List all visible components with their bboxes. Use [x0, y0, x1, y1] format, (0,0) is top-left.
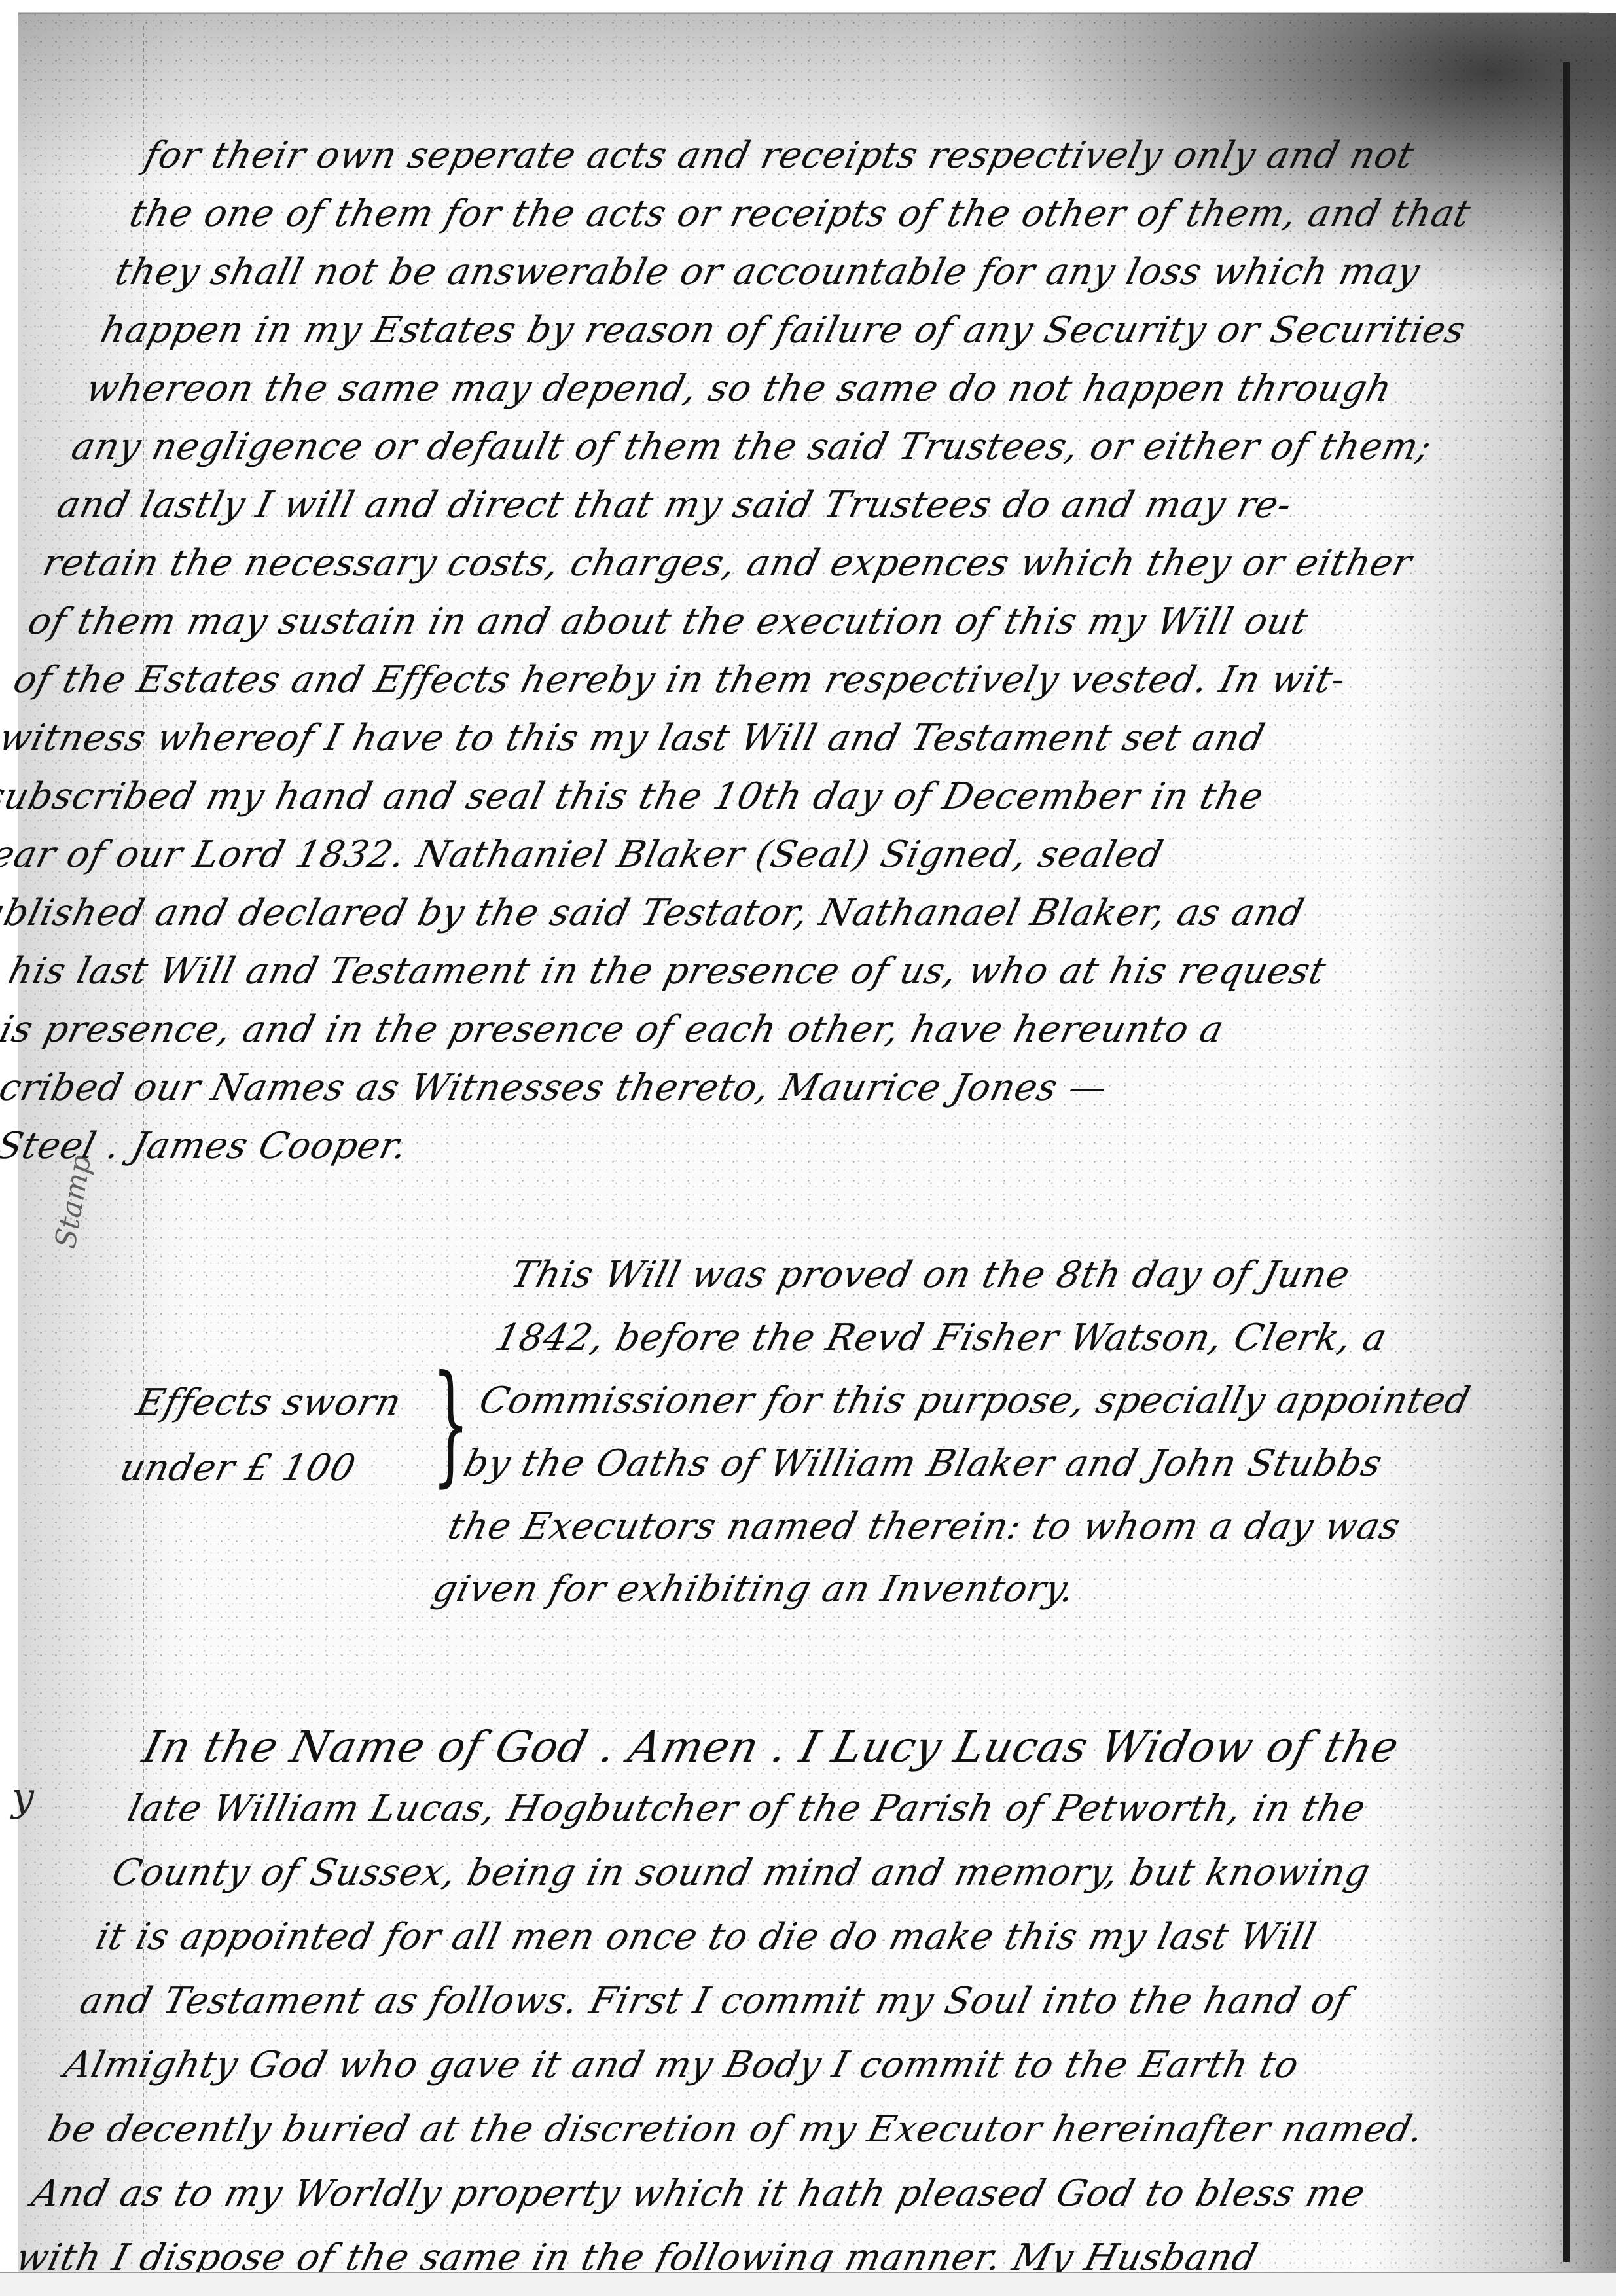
text-line: they shall not be answerable or accounta… [107, 251, 1424, 309]
text-line: whereon the same may depend, so the same… [78, 367, 1397, 426]
text-line: the one of them for the acts or receipts… [122, 192, 1475, 251]
effects-value: under £ 100 [110, 1447, 360, 1512]
margin-mark: y [12, 1774, 34, 1820]
effects-line: Effects sworn [126, 1381, 406, 1447]
text-line: of them may sustain in and about the exe… [20, 600, 1312, 659]
text-line: be decently buried at the discretion of … [38, 2108, 1428, 2172]
text-line: and lastly I will and direct that my sai… [49, 484, 1297, 542]
text-line: of the Estates and Effects hereby in the… [5, 659, 1350, 717]
text-line: it is appointed for all men once to die … [86, 1916, 1321, 1980]
text-line: any negligence or default of them the sa… [63, 426, 1437, 484]
text-line: given for exhibiting an Inventory. [423, 1568, 1079, 1631]
text-line: in his presence, and in the presence of … [0, 1008, 1229, 1066]
text-line: witness whereof I have to this my last W… [0, 717, 1269, 775]
text-line: Commissioner for this purpose, specially… [470, 1379, 1475, 1442]
text-line: the Executors named therein: to whom a d… [439, 1505, 1405, 1568]
will-opening-line: In the Name of God . Amen . I Lucy Lucas… [135, 1722, 1405, 1786]
text-line: happen in my Estates by reason of failur… [92, 309, 1470, 367]
text-line: 1842, before the Revd Fisher Watson, Cle… [486, 1317, 1392, 1379]
text-line: for his last Will and Testament in the p… [0, 950, 1331, 1008]
text-line: retain the necessary costs, charges, and… [34, 542, 1416, 600]
text-line: by the Oaths of William Blaker and John … [454, 1442, 1387, 1505]
text-line: and Testament as follows. First I commit… [70, 1980, 1354, 2044]
text-line: for their own seperate acts and receipts… [136, 134, 1419, 192]
scan-bottom-edge [0, 2272, 1616, 2296]
text-line: subscribed my hand and seal this the 10t… [0, 775, 1268, 833]
right-page-rule [1563, 62, 1570, 2262]
text-line: Almighty God who gave it and my Body I c… [54, 2044, 1304, 2108]
text-line: This Will was proved on the 8th day of J… [501, 1254, 1354, 1317]
witness-line: subscribed our Names as Witnesses theret… [0, 1066, 1112, 1125]
page-top-edge [18, 12, 1589, 14]
text-line: And as to my Worldly property which it h… [22, 2172, 1370, 2236]
text-line: published and declared by the said Testa… [0, 892, 1308, 950]
text-line: late William Lucas, Hogbutcher of the Pa… [118, 1787, 1371, 1851]
text-line: year of our Lord 1832. Nathaniel Blaker … [0, 833, 1168, 892]
curly-brace-icon: } [432, 1358, 469, 1489]
text-line: County of Sussex, being in sound mind an… [102, 1851, 1374, 1916]
